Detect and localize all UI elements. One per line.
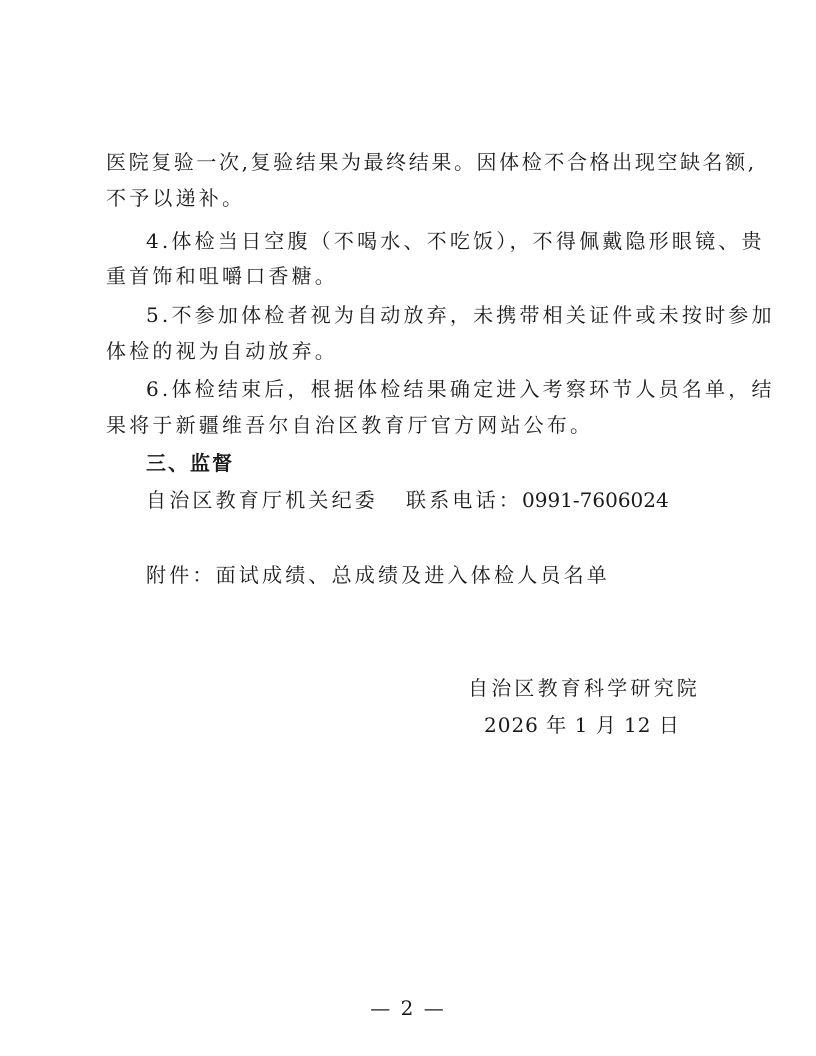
paragraph-line: 体检的视为自动放弃。 — [106, 339, 338, 363]
paragraph-line: 医院复验一次,复验结果为最终结果。因体检不合格出现空缺名额, — [106, 150, 757, 174]
supervision-org: 自治区教育厅机关纪委 — [146, 488, 378, 512]
paragraph-line: 重首饰和咀嚼口香糖。 — [106, 264, 338, 288]
phone-number: 0991-7606024 — [522, 488, 669, 512]
signature-org: 自治区教育科学研究院 — [468, 676, 700, 700]
phone-label: 联系电话： — [406, 488, 522, 512]
section-heading: 三、监督 — [146, 451, 234, 475]
attachment-line: 附件：面试成绩、总成绩及进入体检人员名单 — [146, 563, 610, 587]
supervision-line: 自治区教育厅机关纪委联系电话：0991-7606024 — [146, 488, 669, 512]
page-number: — 2 — — [0, 996, 816, 1020]
paragraph-line: 5.不参加体检者视为自动放弃，未携带相关证件或未按时参加 — [146, 303, 775, 327]
paragraph-line: 不予以递补。 — [106, 186, 245, 210]
paragraph-line: 果将于新疆维吾尔自治区教育厅官方网站公布。 — [106, 413, 593, 437]
paragraph-line: 4.体检当日空腹（不喝水、不吃饭），不得佩戴隐形眼镜、贵 — [146, 229, 765, 253]
paragraph-line: 6.体检结束后，根据体检结果确定进入考察环节人员名单，结 — [146, 377, 775, 401]
signature-date: 2026 年 1 月 12 日 — [484, 713, 680, 737]
